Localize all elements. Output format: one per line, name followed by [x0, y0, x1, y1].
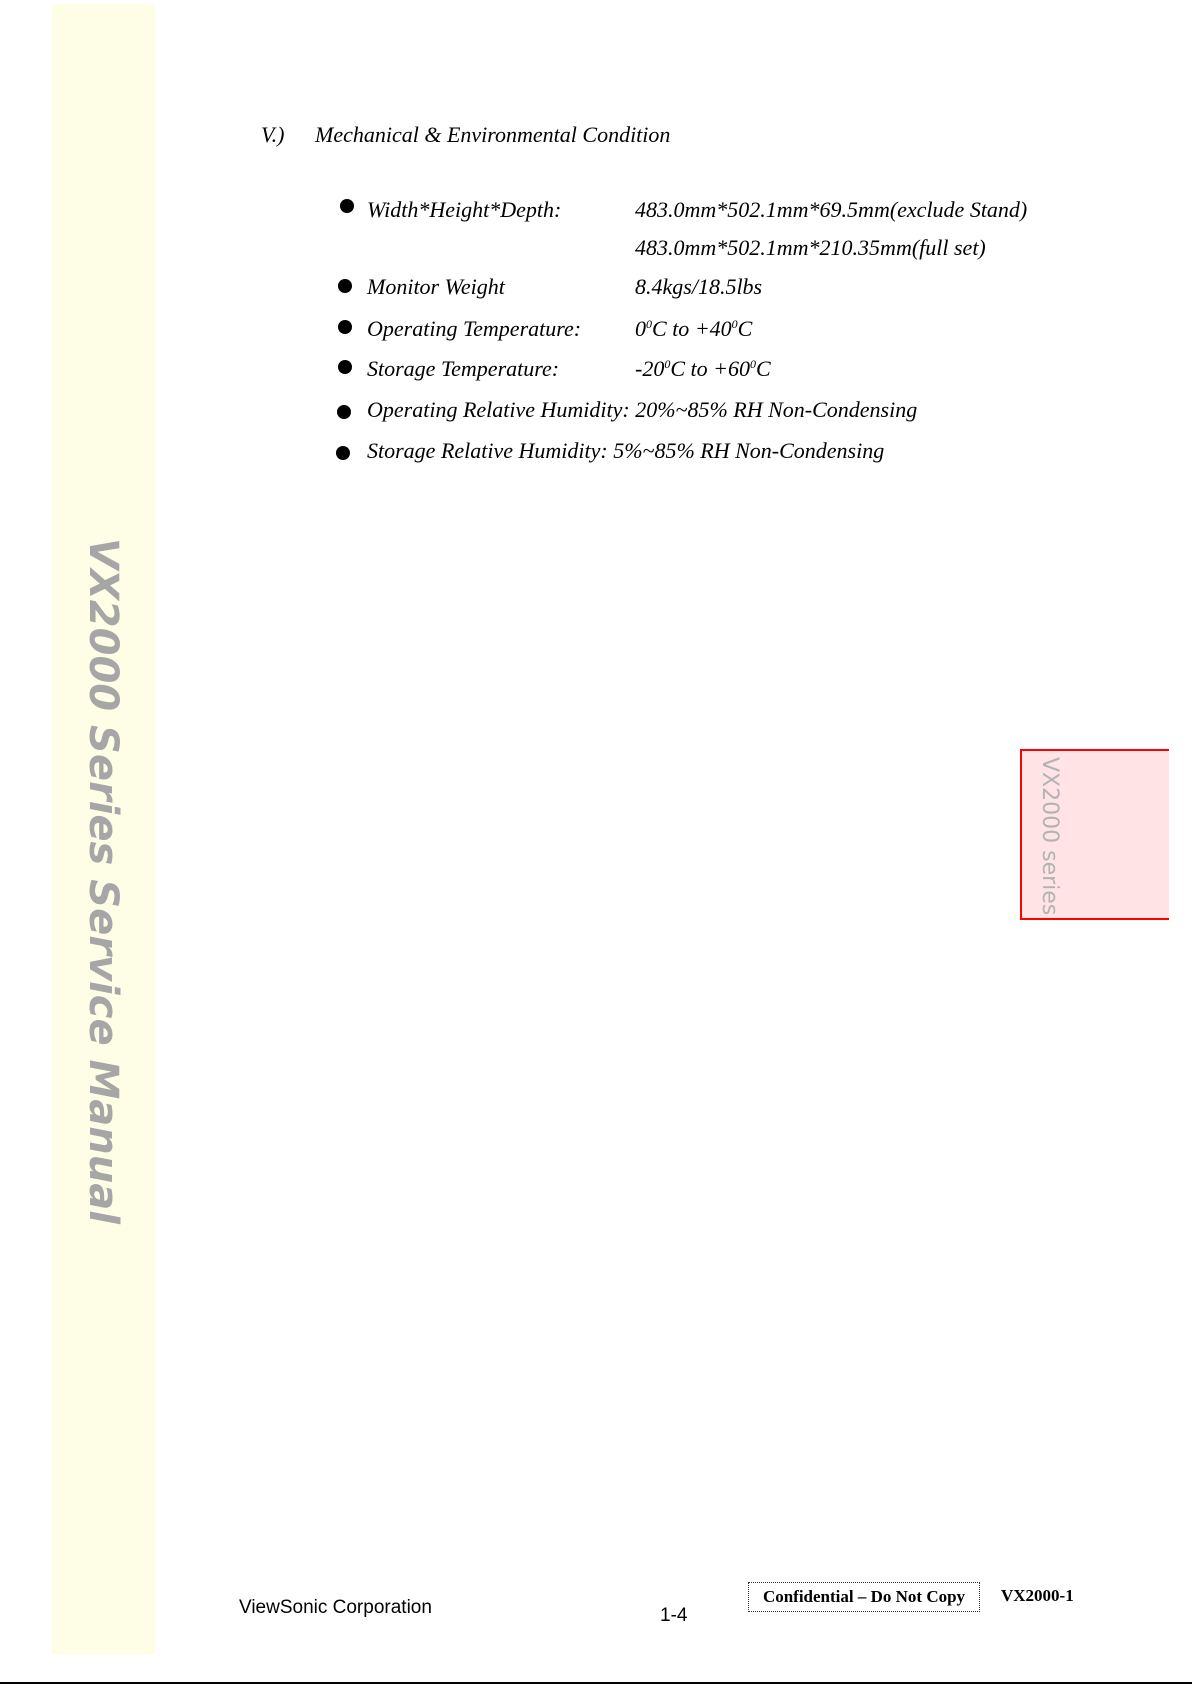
page-number: 1-4 — [660, 1605, 687, 1627]
spec-value: 483.0mm*502.1mm*69.5mm(exclude Stand) — [635, 197, 1027, 223]
footer-company: ViewSonic Corporation — [239, 1597, 432, 1619]
spec-label: Storage Temperature: — [367, 356, 559, 382]
section-number: V.) — [261, 122, 315, 148]
page-bottom-rule — [0, 1682, 1192, 1684]
bullet-icon — [338, 279, 352, 293]
spec-value: 483.0mm*502.1mm*210.35mm(full set) — [635, 235, 986, 261]
spec-value: 00C to +400C — [635, 316, 752, 342]
bullet-icon — [340, 199, 354, 213]
confidential-notice: Confidential – Do Not Copy — [748, 1582, 980, 1612]
spec-label: Width*Height*Depth: — [367, 197, 561, 223]
side-tab-label: VX2000 series — [1036, 757, 1062, 915]
bullet-icon — [336, 446, 350, 460]
sidebar-title: VX2000 Series Service Manual — [78, 538, 128, 1144]
bullet-icon — [337, 405, 351, 419]
section-heading: V.)Mechanical & Environmental Condition — [261, 122, 670, 148]
section-title: Mechanical & Environmental Condition — [315, 122, 670, 147]
spec-label: Monitor Weight — [367, 274, 505, 300]
spec-value: 8.4kgs/18.5lbs — [635, 274, 762, 300]
spec-text: Storage Relative Humidity: 5%~85% RH Non… — [367, 438, 884, 464]
model-code: VX2000-1 — [1001, 1586, 1074, 1606]
bullet-icon — [338, 320, 352, 334]
spec-value: -200C to +600C — [635, 356, 771, 382]
spec-text: Operating Relative Humidity: 20%~85% RH … — [367, 397, 917, 423]
spec-label: Operating Temperature: — [367, 316, 581, 342]
bullet-icon — [338, 360, 352, 374]
